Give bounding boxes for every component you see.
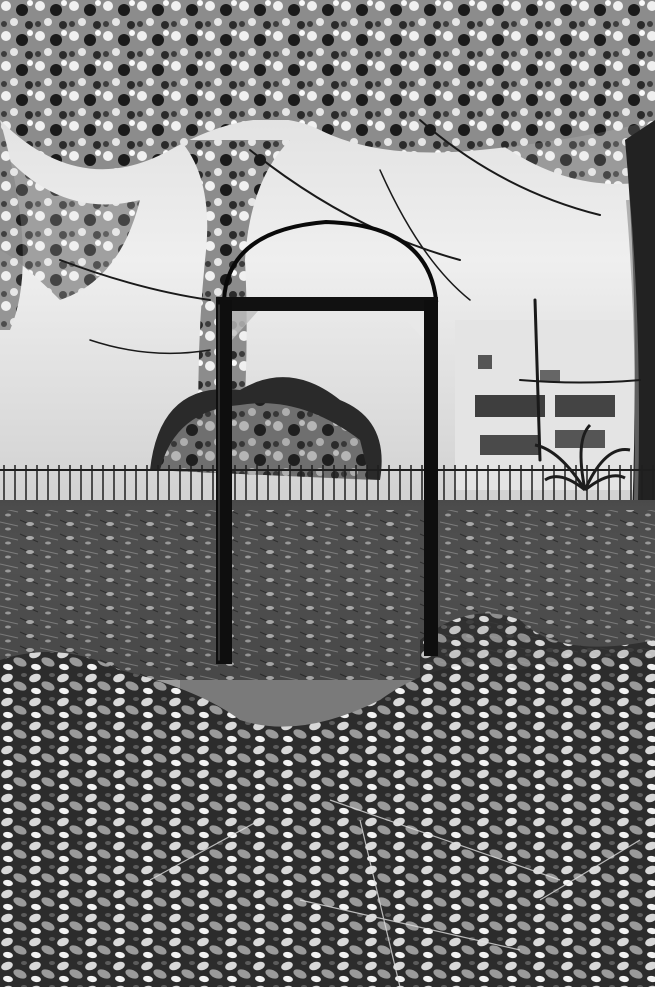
gate-post-left	[216, 300, 232, 664]
apartment-building	[455, 320, 635, 490]
photograph: Freestanding black metal gate frame with…	[0, 0, 655, 987]
photo-rendering	[0, 0, 655, 987]
gate-post-right	[424, 300, 438, 656]
